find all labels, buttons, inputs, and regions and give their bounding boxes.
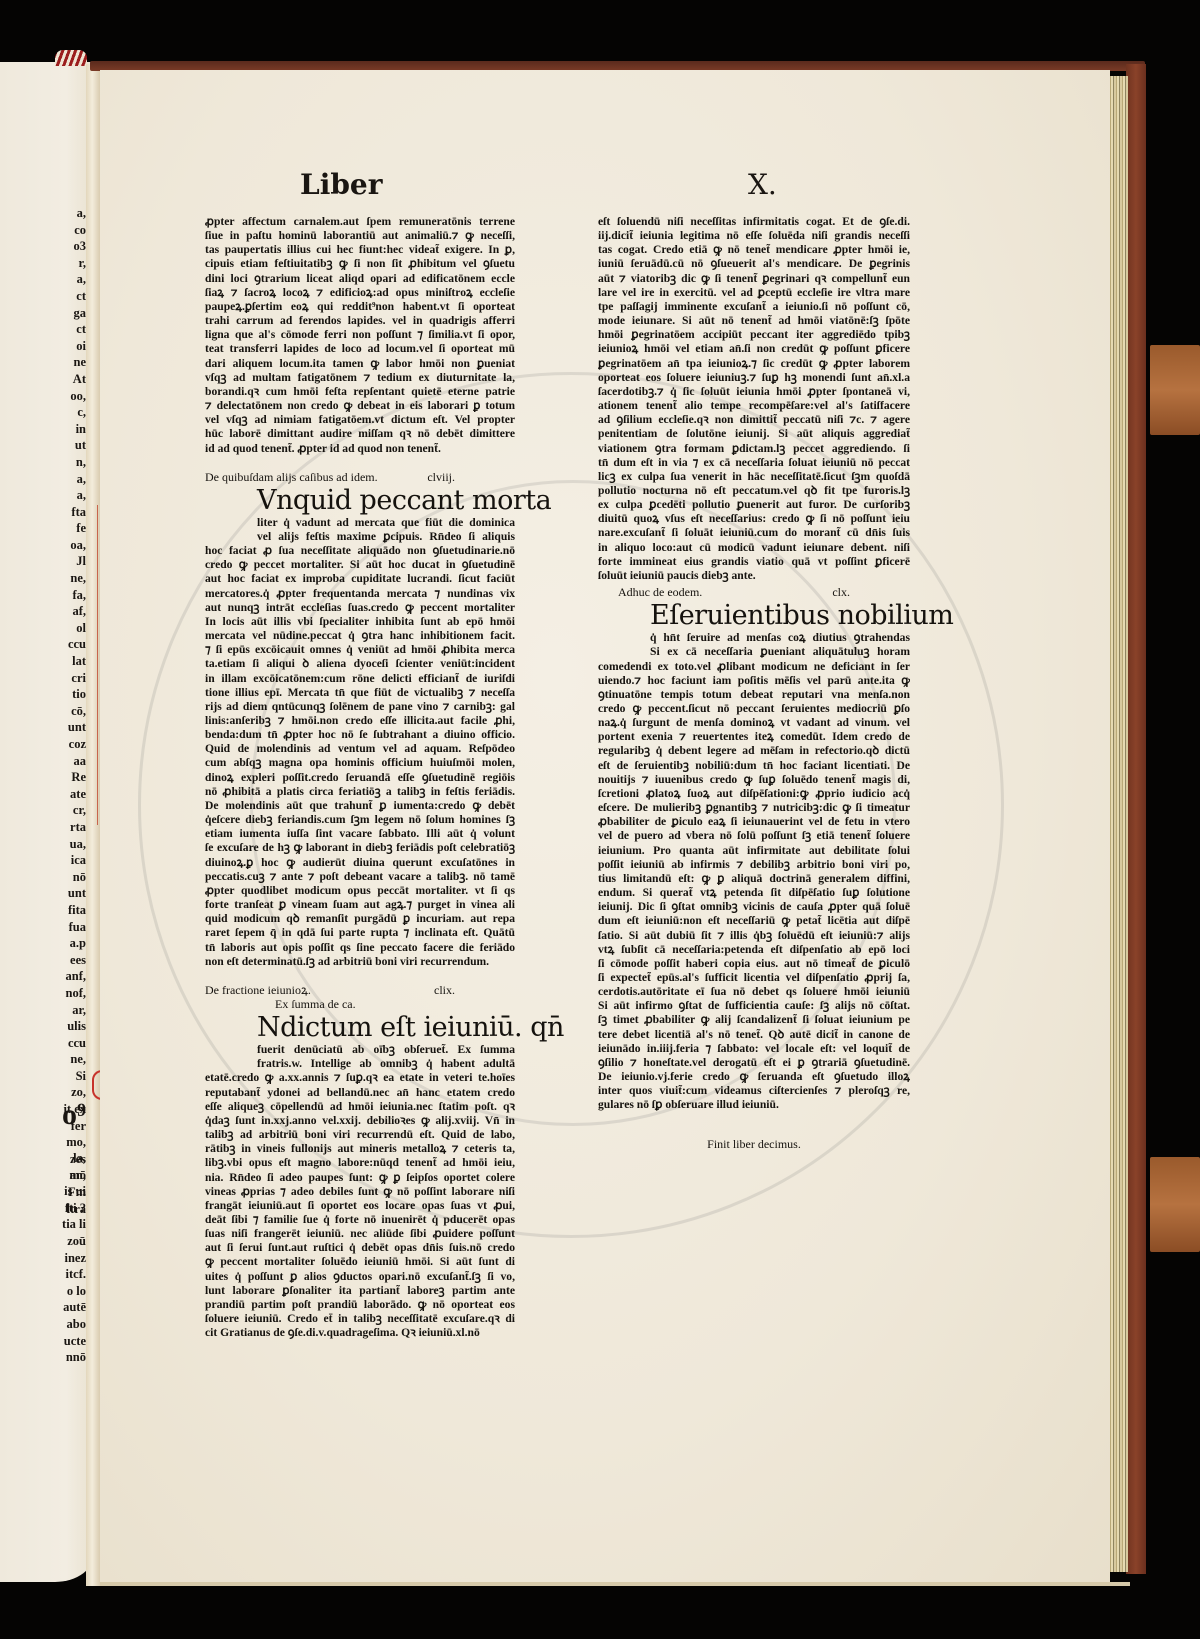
text-line: ſoluere ieiuniū. Credo et̄ in talibꝫ nec… — [205, 1312, 515, 1326]
paragraph: eſt ſoluendū niſi neceſſitas infirmitati… — [598, 215, 910, 583]
section-title: De quibuſdam alijs caſibus ad idem. — [205, 470, 378, 484]
text-line: ſe excuſare de hꝫ ꝙ laborant in diebꝫ fe… — [205, 841, 515, 855]
text-line: hoc faciat ꝓ ſua neceſſitate aliquādo no… — [205, 544, 515, 558]
text-line: ſi cōmode poſſit haberi copia eius. aut … — [598, 957, 910, 971]
text-line: cit Gratianus de ꝯſe.di.v.quadrageſima. … — [205, 1326, 515, 1340]
text-line: eſt de ſeruientibꝫ nobiliū:dum tn̄ hoc f… — [598, 759, 910, 773]
text-line: paupeꝝ.ꝑſertim eoꝝ qui reddit⁹non habent… — [205, 300, 515, 314]
page-bottom-edge — [100, 1582, 1130, 1586]
text-line: q̇daꝫ ſunt in.xxj.anno vel.xxij. debilio… — [205, 1114, 515, 1128]
text-line: mercatores.q̇ ꝓpter frequentanda mercata… — [205, 587, 515, 601]
clasp-strap-bottom — [1150, 1157, 1200, 1252]
text-line: ſꝫ timet ꝓbabiliter ꝙ alij ſcandalizent̃… — [598, 1013, 910, 1027]
text-line: Si ex cā neceſſaria ꝑueniant aliquātuluꝫ… — [598, 645, 910, 659]
section-heading: Adhuc de eodem. clx. — [598, 585, 910, 599]
clasp-strap-top — [1150, 345, 1200, 435]
text-line: Si aūt infirmo ꝯſtat de ſufficientia cau… — [598, 999, 910, 1013]
text-line: fuerit denūciatū ab oībꝫ obſeruet̃. Ex ſ… — [205, 1043, 515, 1057]
text-line: forte tranſeat ꝑ vineam ſuam aut agꝝ.⁊ p… — [205, 898, 515, 912]
left-page-text-fragment-upper: a, co o3 r, a, ct ga ct oi ne At oo, c, … — [0, 205, 86, 1217]
chapter-number: clix. — [434, 983, 515, 997]
text-line: oporteat eos ſoluere ieiuniuꝫ.⁊ ſuꝑ hꝫ m… — [598, 371, 910, 385]
text-line: in aliquo loco:aut cū modicū vadunt ieiu… — [598, 541, 910, 555]
text-line: liter q̇ vadunt ad mercata que fiūt die … — [205, 516, 515, 530]
text-line: iuniū ſeruādū.cū nō ꝯſueuerit al's mendi… — [598, 257, 910, 271]
chapter-number: clx. — [832, 585, 910, 599]
text-line: inter quos viuit̃:cum videamus ciſtercie… — [598, 1084, 910, 1098]
text-line: forte immineat eius grandis viatio quā v… — [598, 555, 910, 569]
text-line: naꝝ.q̇ ſurgunt de menſa dominoꝝ vt vadan… — [598, 716, 910, 730]
text-line: uiendo.⁊ hoc faciunt iam poſitis mēſis v… — [598, 674, 910, 688]
text-line: nō ꝓhibitā a platis circa feriatiōꝫ a ta… — [205, 785, 515, 799]
text-line: penitentiam de ſolutōne ieiunij. Si aūt … — [598, 427, 910, 441]
text-line: trahi carrum ad ferendos lapides. vel in… — [205, 314, 515, 328]
text-line: gulares nō ſꝑ obſeruare illud ieiuniū. — [598, 1098, 910, 1112]
text-line: ſiaꝝ ⁊ ſacroꝝ locoꝝ ⁊ edificioꝝ:ad opus … — [205, 286, 515, 300]
text-line: mode ieiunare. Si aūt nō tenent̃ ad hmōi… — [598, 314, 910, 328]
text-line: licꝫ ex culpa ſua venerit in hāc neceſſi… — [598, 470, 910, 484]
text-line: credo ꝙ peccet mortaliter. Si aūt hoc du… — [205, 558, 515, 572]
section-heading: De quibuſdam alijs caſibus ad idem. clvi… — [205, 470, 515, 484]
leather-cover-fore-edge — [1126, 64, 1146, 1574]
text-line: cipuis etiam feſtiuitatibꝫ ꝙ ſi non ſit … — [205, 257, 515, 271]
text-line: pollutio nocturna nō eſt peccatum.vel qꝺ… — [598, 484, 910, 498]
text-line: vineas ꝓprias ⁊ adeo debiles ſunt ꝙ nō p… — [205, 1185, 515, 1199]
source-note: Adhuc de eodem. — [598, 585, 702, 599]
incipit: Ndictum eſt ieiuniū. qn̄ — [205, 1013, 515, 1043]
left-page-text-fragment-lower: la, mō is ui fti ? tia li zoū inez itcf.… — [0, 1150, 86, 1366]
left-text-column: ꝓpter affectum carnalem.aut ſpem remuner… — [205, 215, 515, 1340]
text-line: ꝓpter quodlibet modicum opus peccāt mort… — [205, 884, 515, 898]
text-line: aūt ⁊ viatoribꝫ dic ꝙ ſi tenent̃ ꝑegrina… — [598, 272, 910, 286]
text-line: hmōi ꝑegrinatōem accipiūt peccant iter a… — [598, 328, 910, 342]
text-line: vſqꝫ ad multam fatigatōnem ⁊ tedium ex d… — [205, 371, 515, 385]
text-line: ⁊ ſi epūs excōicauit omnes q̇ veniūt ad … — [205, 643, 515, 657]
text-line: fratris.w. Intellige ab omnibꝫ q̇ habent… — [205, 1057, 515, 1071]
text-line: portent exenia ⁊ reuertentes iteꝝ comedū… — [598, 730, 910, 744]
text-line: ationem tenent̃ alio tempe recompēſare:v… — [598, 399, 910, 413]
text-line: quid modicum qꝺ remanſit purgādū ꝑ incur… — [205, 912, 515, 926]
text-line: regularibꝫ q̇ debent legere ad mēſam in … — [598, 744, 910, 758]
text-line: etatē.credo ꝙ a.xx.annis ⁊ ſuꝑ.qꝛ ea eta… — [205, 1071, 515, 1085]
text-line: non eſt determinatū.ſꝫ ad arbitriū boni … — [205, 955, 515, 969]
incipit: Eſeruientibus nobilium — [598, 601, 910, 631]
text-line: ꝯtinuatōne tempis totum debeat reputari … — [598, 688, 910, 702]
text-line: mercata vel nūdine.peccat q̇ ꝯtra hanc i… — [205, 629, 515, 643]
section-title: De fractione ieiunioꝝ. — [205, 983, 311, 997]
running-head-right: X. — [748, 168, 777, 201]
text-line: ieiunādo in.iiij.feria ⁊ ſabbato: vel lo… — [598, 1042, 910, 1056]
text-line: cerdotis.autōritate eī ſua nō debet qs ſ… — [598, 985, 910, 999]
text-line: lunt laborare ꝑſonaliter ita partiant̃ l… — [205, 1284, 515, 1298]
text-line: benda:dum tn̄ ꝓpter hoc nō ſe ſubtrahant… — [205, 728, 515, 742]
text-line: ex culpa ꝑcedēti pollutio ꝑuenerit aut f… — [598, 498, 910, 512]
text-line: reputabant̃ ydonei ad bellandū.nec an̄ h… — [205, 1086, 515, 1100]
text-line: tius limitandū eſt: ꝙ ꝑ aliquā doctrinā … — [598, 872, 910, 886]
text-line: ta.etiam ſi aliqui ꝺ aliena dyoceſi ſcie… — [205, 657, 515, 671]
text-line: vel de puero ad vbera nō ſolū poſſunt ſꝫ… — [598, 829, 910, 843]
text-line: cum abſqꝫ magna opa hominis officium hui… — [205, 756, 515, 770]
text-line: credo ꝙ peccent.ſicut nō peccant ſeruien… — [598, 702, 910, 716]
text-line: frangāt ieiuniū.aut ſi oportet eos locar… — [205, 1199, 515, 1213]
text-line: endum. Si querat̃ vtꝝ petenda ſit diſpēſ… — [598, 886, 910, 900]
text-line: ſacerdotibꝫ.⁊ q̇ ſic ſoluūt ieiunia hmōi… — [598, 385, 910, 399]
text-line: ſi expectet̃ epūs.al's ſufficit licentia… — [598, 971, 910, 985]
text-line: tas cogat. Credo etiā ꝙ nō tenet̃ mendic… — [598, 243, 910, 257]
text-line: ieiunioꝝ hmōi vel etiam an̄.ſi non credū… — [598, 342, 910, 356]
text-line: tere debet licentiā al's nō tenet̃. Qꝺ a… — [598, 1028, 910, 1042]
text-line: ꝓpter affectum carnalem.aut ſpem remuner… — [205, 215, 515, 229]
paragraph: fuerit denūciatū ab oībꝫ obſeruet̃. Ex ſ… — [205, 1043, 515, 1340]
left-page-large-glyph: o⁹ — [62, 1098, 86, 1132]
page-block-edges — [1108, 76, 1128, 1572]
text-line: ligna que al's cōmode ferri non poſſunt … — [205, 328, 515, 342]
text-line: ꝯſilio ⁊ honeſtate.vel derogatū eſt ei ꝑ… — [598, 1056, 910, 1070]
text-line: vel vſqꝫ ad nimiam fatigatōem.vt dictum … — [205, 413, 515, 427]
text-line: vtꝝ ſubſit cā neceſſaria:petenda eſt diſ… — [598, 943, 910, 957]
paragraph: q̇ hn̄t ſeruire ad menſas coꝝ diutius ꝯt… — [598, 631, 910, 1112]
text-line: q̇ hn̄t ſeruire ad menſas coꝝ diutius ꝯt… — [598, 631, 910, 645]
text-line: peccatis.cuꝫ ⁊ ante ⁊ poſt debeant vacar… — [205, 870, 515, 884]
text-line: tn̄ laboris aut opis poſſit qs ſine pecc… — [205, 941, 515, 955]
text-line: libꝫ.vbi opus eſt magno labore:nūqd tene… — [205, 1156, 515, 1170]
text-line: iij.dicit̃ ieiunia legitima nō eſſe ſolu… — [598, 229, 910, 243]
text-line: id ad quod tenent̃. ꝓpter id ad quod non… — [205, 442, 515, 456]
text-line: etiam iumenta iuſſa ſint vacare ſabbato.… — [205, 827, 515, 841]
text-line: eſſe aliqueꝫ cōpellendū ad hmōi ieiunia.… — [205, 1100, 515, 1114]
text-line: In locis aūt illis vbi ſpecialiter inhib… — [205, 615, 515, 629]
text-line: teat transferri lapides de loco ad locum… — [205, 342, 515, 356]
text-line: Quid de molendinis ad ventum vel ad aqua… — [205, 742, 515, 756]
text-line: eſt ſoluendū niſi neceſſitas infirmitati… — [598, 215, 910, 229]
text-line: aut nunqꝫ intrāt eccleſias ſuas.credo ꝙ … — [205, 601, 515, 615]
text-line: ꝓbabiliter de ꝑiculo eaꝝ ſi ieiunauerint… — [598, 815, 910, 829]
text-line: viationem ꝯtra formam ꝑdictam.lꝫ peccet … — [598, 442, 910, 456]
text-line: dinoꝝ expleri poſſit.credo ſeruandā eſſe… — [205, 771, 515, 785]
section-heading: De fractione ieiunioꝝ. clix. — [205, 983, 515, 997]
text-line: rijs ad diem qntūcunqꝫ ſolēnem de pane v… — [205, 700, 515, 714]
text-line: nare.excuſant̃ ſi ſoluāt ieiuniū.cum do … — [598, 526, 910, 540]
text-line: uites q̇ poſſunt ꝑ alios ꝯductos opari.n… — [205, 1270, 515, 1284]
text-line: diuitū quoꝝ vſus eſt neceſſarius: credo … — [598, 512, 910, 526]
text-line: ꝙ peccent mortaliter ſoluēdo ieiuniū hmō… — [205, 1255, 515, 1269]
text-line: tas paupertatis illius cui hec fiunt:hec… — [205, 243, 515, 257]
text-line: q̇eſcere diebꝫ feriandis.cum ſꝫm legem n… — [205, 813, 515, 827]
paragraph: liter q̇ vadunt ad mercata que fiūt die … — [205, 516, 515, 969]
right-text-column: eſt ſoluendū niſi neceſſitas infirmitati… — [598, 215, 910, 1151]
paragraph: ꝓpter affectum carnalem.aut ſpem remuner… — [205, 215, 515, 456]
text-line: ꝑegrinatōem an̄ tpa ieiunioꝝ.⁊ ſic credū… — [598, 357, 910, 371]
text-line: diuinoꝝ.ꝑ hoc ꝙ audierūt diuina querunt … — [205, 856, 515, 870]
text-line: ſoluūt ieiuniū paucis diebꝫ ante. — [598, 569, 910, 583]
text-line: ſatio. Si aūt dubiū ſit ⁊ illis q̇bꝫ ſol… — [598, 929, 910, 943]
text-line: ſcretioni ꝓlatoꝝ ſuoꝝ aut diſpēſationi:ꝙ… — [598, 787, 910, 801]
text-line: talibꝫ ad arbitriū boni viri recurrendū … — [205, 1128, 515, 1142]
text-line: vel alijs feſtis maxime ꝑcipuis. Rn̄deo … — [205, 530, 515, 544]
text-line: ieiunium. Pro quanta aūt infirmitate aut… — [598, 844, 910, 858]
incipit: Vnquid peccant morta — [205, 486, 515, 516]
text-line: De ieiunio.vj.ferie credo ꝙ ſeruanda eſt… — [598, 1070, 910, 1084]
text-line: dum eſt ieiuniū:non eſt neceſſariū ꝙ pet… — [598, 914, 910, 928]
text-line: deāt ſibi ⁊ familie ſue q̇ forte nō inue… — [205, 1213, 515, 1227]
text-line: linis:anſeribꝫ ⁊ hmōi.non credo eſſe ill… — [205, 714, 515, 728]
text-line: ieiunij. Dic ſi ꝯſtat omnibꝫ vicinis de … — [598, 900, 910, 914]
text-line: borandi.qꝛ cum hmōi feſta repſentant qui… — [205, 385, 515, 399]
text-line: prandiū partim poſt prandiū laborādo. ꝙ … — [205, 1298, 515, 1312]
text-line: comedendi ex toto.vel ꝓlibant modicum ne… — [598, 660, 910, 674]
text-line: rātibꝫ in vineis fullonijs aut mineris m… — [205, 1142, 515, 1156]
running-head-left: Liber — [300, 168, 382, 201]
text-line: nouitijs ⁊ iuuenibus credo ꝙ ſuꝑ ſoluēdo… — [598, 773, 910, 787]
text-line: ad ꝯſilium eccleſie.qꝛ non dimittit̃ pec… — [598, 413, 910, 427]
text-line: hūc laborē dimittant audire miſſam qꝛ nō… — [205, 427, 515, 441]
text-line: tione illius epī. Mercata tn̄ que fiūt d… — [205, 686, 515, 700]
text-line: dari aliquem locum.ita tamen ꝙ labor hmō… — [205, 357, 515, 371]
text-line: tpe paſſagij imminente excuſant̃ a ieiun… — [598, 300, 910, 314]
text-line: aut ſi ſerui ſunt.aut ruſtici q̇ debēt o… — [205, 1241, 515, 1255]
text-line: aut hoc faciat ex improba cupiditate luc… — [205, 572, 515, 586]
text-line: De molendinis aūt que trahunt̃ ꝑ iumenta… — [205, 799, 515, 813]
text-line: raret ſepem q̄ in qdā ſui parte rupta ⁊ … — [205, 926, 515, 940]
text-line: dini loci ꝯtrarium liceat aliqd opari ad… — [205, 272, 515, 286]
text-line: eſcere. De mulieribꝫ ꝑgnantibꝫ ⁊ nutrici… — [598, 801, 910, 815]
text-line: ſuas niſi frangerēt ieiuniū. nec aliūde … — [205, 1227, 515, 1241]
text-line: tn̄ dum eſt in via ⁊ ex cā neceſſaria ſo… — [598, 456, 910, 470]
headband — [55, 50, 87, 66]
colophon-explicit: Finit liber decimus. — [598, 1137, 910, 1151]
text-line: lare vel ire in exercitū. vel ad ꝑceptū … — [598, 286, 910, 300]
gutter-stub — [86, 64, 100, 1586]
text-line: in illam excōicatōnem:cum rōne delicti e… — [205, 672, 515, 686]
text-line: ſiue in paſtu hominū laborantiū aut anim… — [205, 229, 515, 243]
text-line: nia. Rn̄deo ſi adeo paupes ſunt: ꝙ ꝑ ſei… — [205, 1171, 515, 1185]
text-line: ⁊ delectatōnem non credo ꝙ debeat in eis… — [205, 399, 515, 413]
text-line: poſſit ieiuniū ab infirmis ⁊ debilibꝫ ar… — [598, 858, 910, 872]
chapter-number: clviij. — [427, 470, 515, 484]
rubric-red-line — [97, 505, 98, 825]
source-note: Ex ſumma de ca. — [205, 997, 515, 1011]
